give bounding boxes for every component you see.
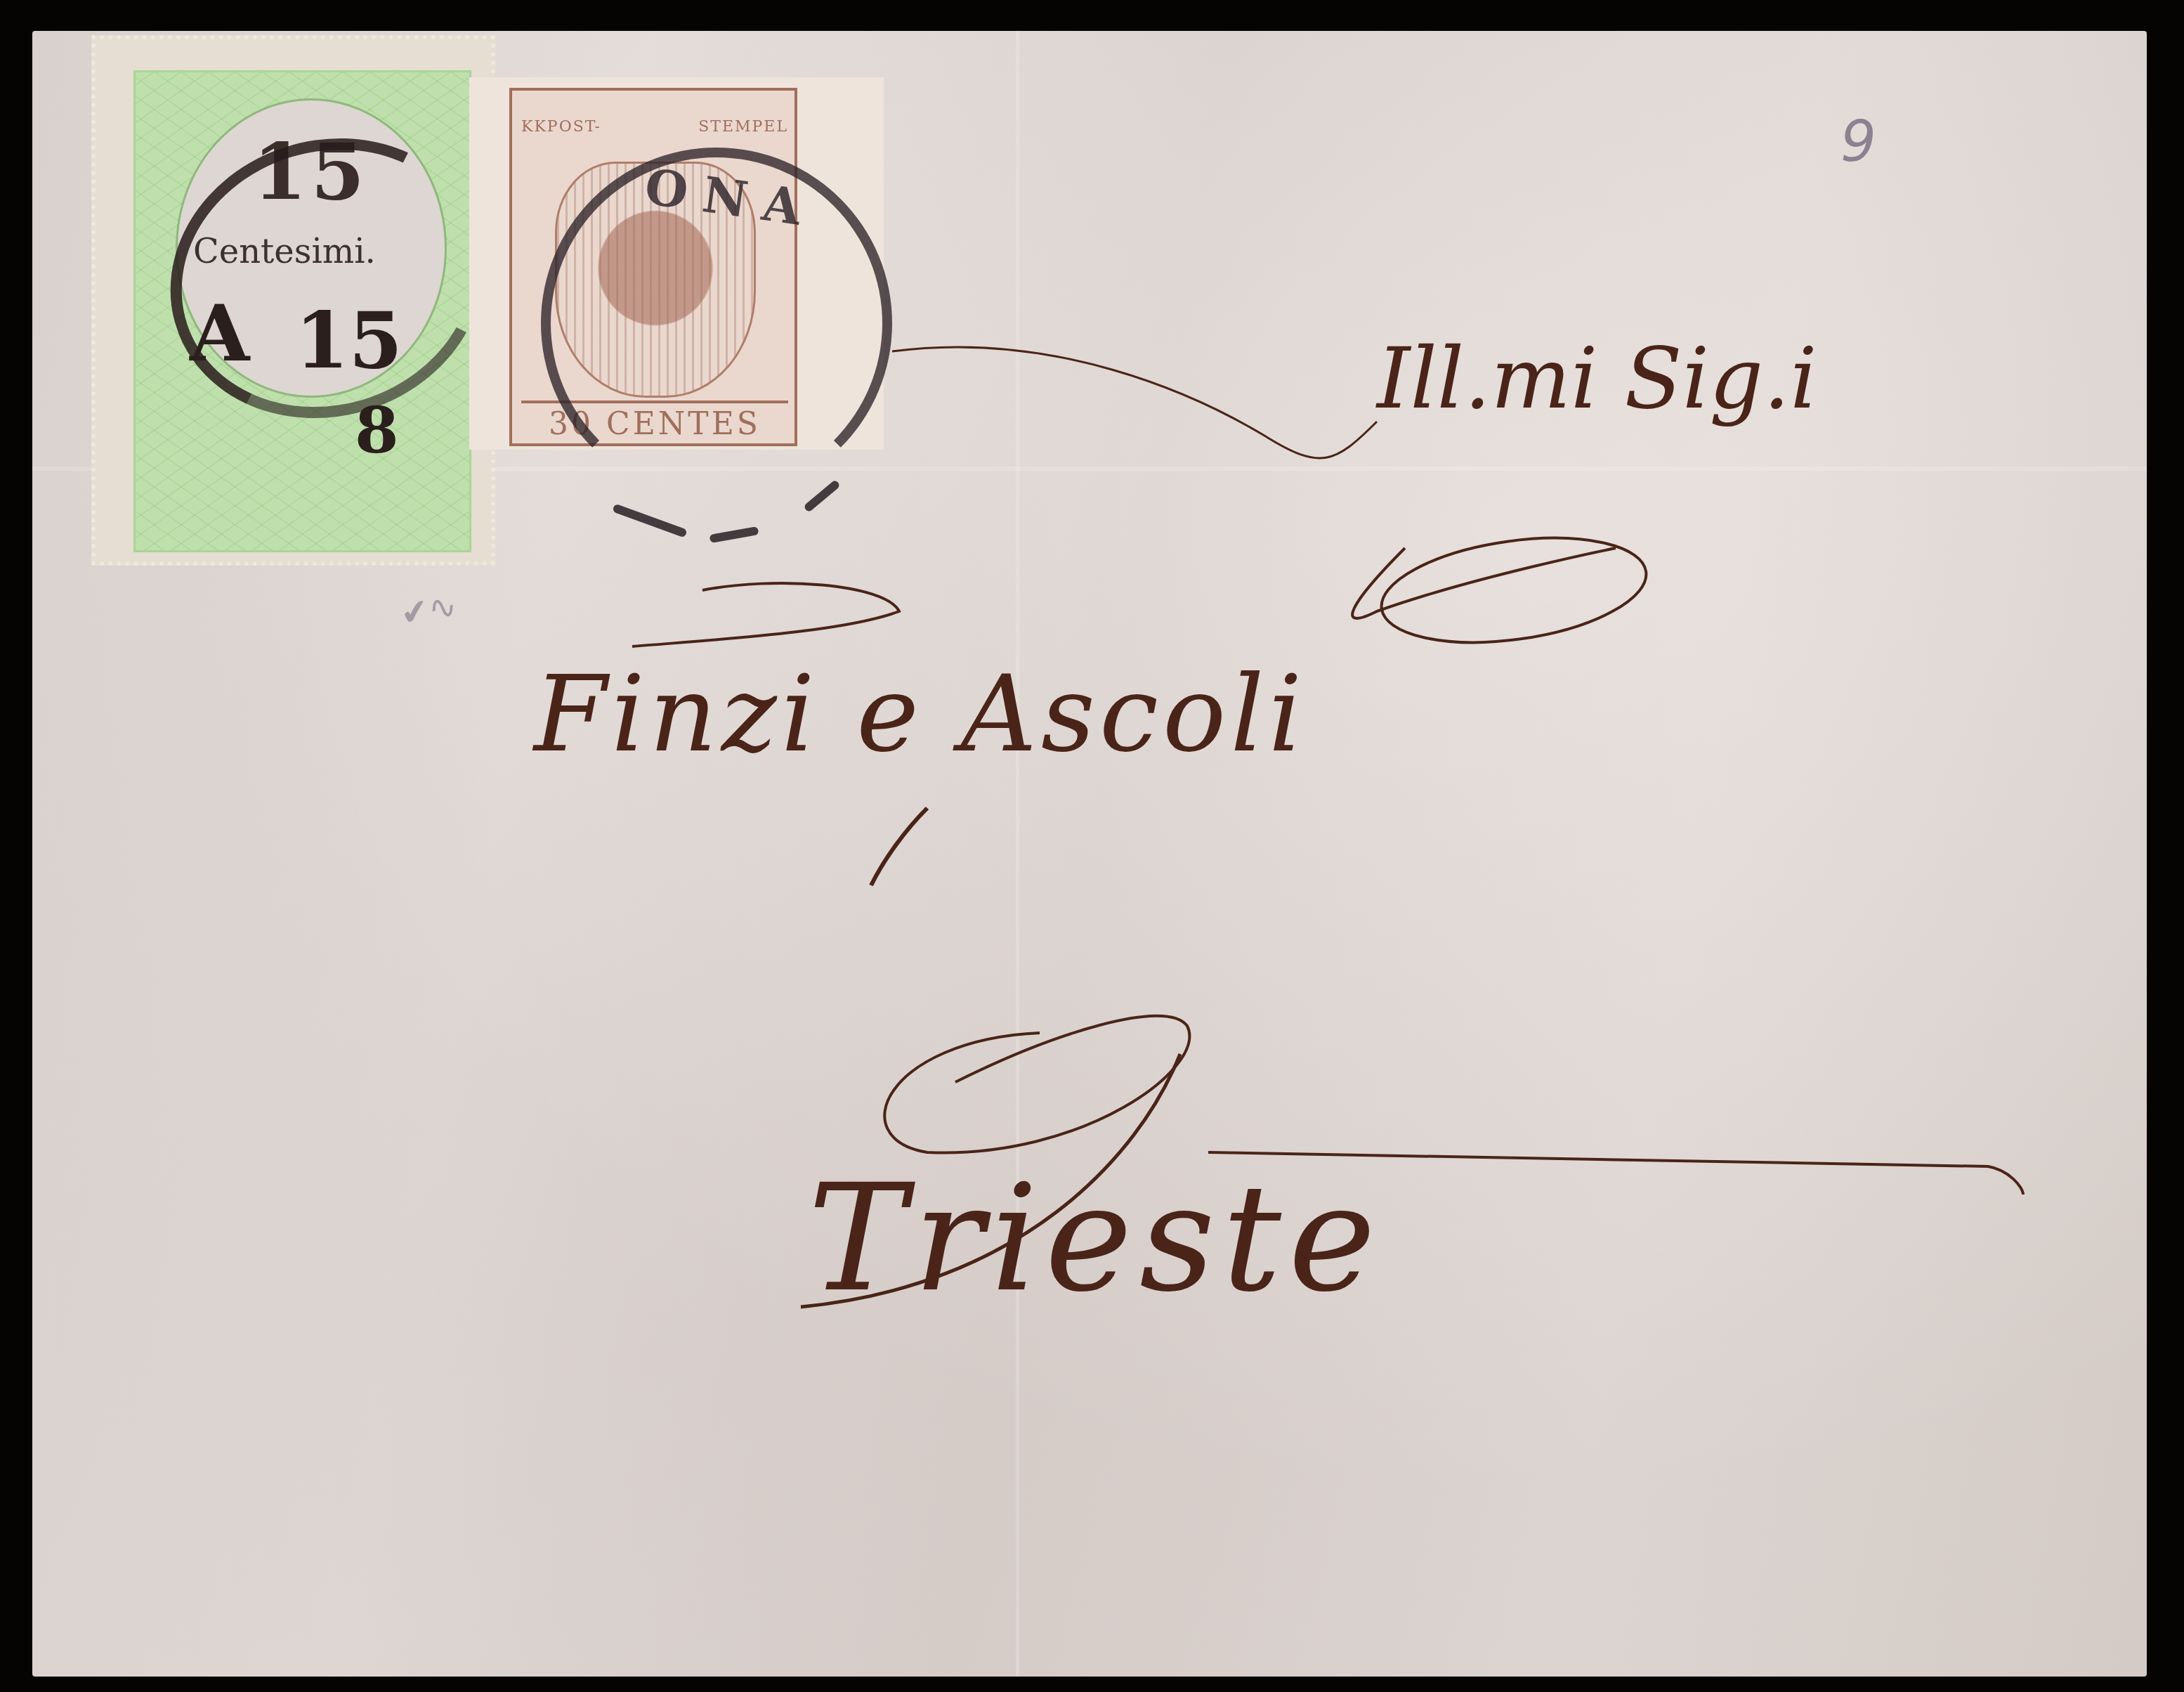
handwriting-flourishes [0,0,2184,1692]
destination-city: Trieste [808,1152,1382,1325]
pencil-note: 9 [1840,109,1876,174]
salutation-text: Ill.mi Sig.i [1377,330,1817,428]
recipient-name: Finzi e Ascoli [534,653,1306,776]
